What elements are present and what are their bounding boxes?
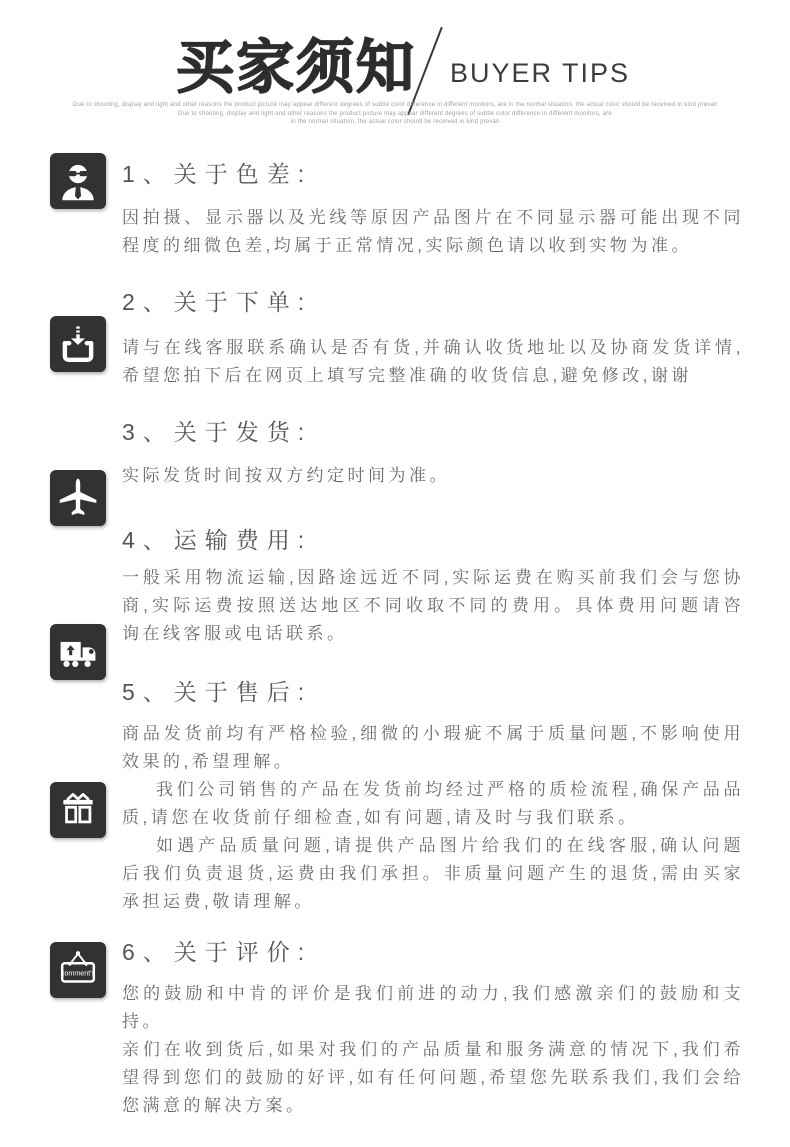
section-body-ordering: 请与在线客服联系确认是否有货,并确认收货地址以及协商发货详情,希望您拍下后在网页… [122, 334, 744, 390]
section-title-ordering: 2、关于下单: [122, 284, 312, 317]
paragraph: 请与在线客服联系确认是否有货,并确认收货地址以及协商发货详情,希望您拍下后在网页… [122, 334, 744, 390]
section-title-color-difference: 1、关于色差: [122, 156, 312, 189]
section-body-shipping: 实际发货时间按双方约定时间为准。 [122, 462, 744, 490]
paragraph: 如遇产品质量问题,请提供产品图片给我们的在线客服,确认问题后我们负责退货,运费由… [122, 832, 744, 916]
airplane-icon [56, 476, 100, 520]
page-title-chinese: 买家须知 [176, 20, 416, 104]
section-title-after-sales: 5、关于售后: [122, 674, 312, 707]
gift-icon [50, 782, 106, 838]
order-download-icon [57, 323, 99, 365]
comments-sign-label: comment's [61, 969, 96, 977]
section-body-after-sales: 商品发货前均有严格检验,细微的小瑕疵不属于质量问题,不影响使用效果的,希望理解。… [122, 720, 744, 916]
customer-person-icon [57, 160, 99, 202]
truck-icon [50, 624, 106, 680]
disclaimer-line: Due to shooting, display and light and o… [0, 101, 790, 110]
truck-icon [56, 630, 100, 674]
section-body-reviews: 您的鼓励和中肯的评价是我们前进的动力,我们感激亲们的鼓励和支持。 亲们在收到货后… [122, 980, 744, 1120]
section-body-color-difference: 因拍摄、显示器以及光线等原因产品图片在不同显示器可能出现不同程度的细微色差,均属… [122, 204, 744, 260]
paragraph: 因拍摄、显示器以及光线等原因产品图片在不同显示器可能出现不同程度的细微色差,均属… [122, 204, 744, 260]
section-title-shipping: 3、关于发货: [122, 414, 312, 447]
paragraph: 实际发货时间按双方约定时间为准。 [122, 462, 744, 490]
paragraph: 您的鼓励和中肯的评价是我们前进的动力,我们感激亲们的鼓励和支持。 [122, 980, 744, 1036]
paragraph: 亲们在收到货后,如果对我们的产品质量和服务满意的情况下,我们希望得到您们的鼓励的… [122, 1036, 744, 1120]
section-body-transport-fee: 一般采用物流运输,因路途远近不同,实际运费在购买前我们会与您协商,实际运费按照送… [122, 564, 744, 648]
airplane-icon [50, 470, 106, 526]
paragraph: 我们公司销售的产品在发货前均经过严格的质检流程,确保产品品质,请您在收货前仔细检… [122, 776, 744, 832]
comments-sign-icon: comment's [55, 947, 101, 993]
gift-icon [56, 788, 100, 832]
buyer-tips-page: 买家须知 BUYER TIPS Due to shooting, display… [0, 0, 790, 1147]
disclaimer-line: Due to shooting, display and light and o… [0, 110, 790, 119]
section-title-reviews: 6、关于评价: [122, 934, 312, 967]
paragraph: 一般采用物流运输,因路途远近不同,实际运费在购买前我们会与您协商,实际运费按照送… [122, 564, 744, 648]
customer-person-icon [50, 153, 106, 209]
color-disclaimer: Due to shooting, display and light and o… [0, 101, 790, 127]
order-download-icon [50, 316, 106, 372]
section-title-transport-fee: 4、运输费用: [122, 522, 312, 555]
disclaimer-line: in the normal situation, the actual colo… [0, 118, 790, 127]
comments-sign-icon: comment's [50, 942, 106, 998]
page-title-english: BUYER TIPS [450, 58, 630, 89]
paragraph: 商品发货前均有严格检验,细微的小瑕疵不属于质量问题,不影响使用效果的,希望理解。 [122, 720, 744, 776]
